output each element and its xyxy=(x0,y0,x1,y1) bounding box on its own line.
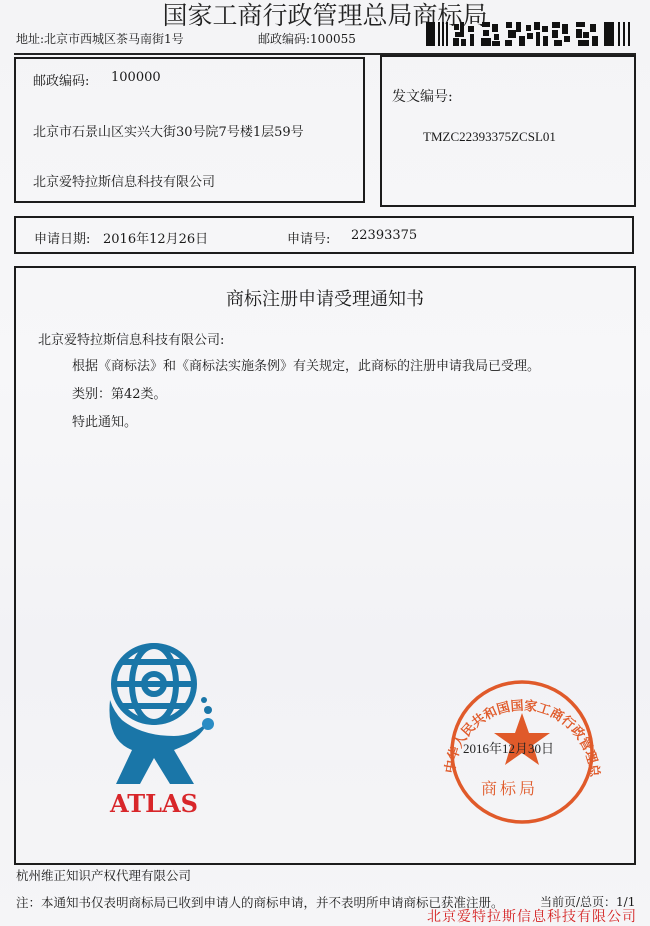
application-date-label: 申请日期: xyxy=(34,228,90,247)
recipient-postcode-label: 邮政编码: xyxy=(33,70,89,89)
notice-category: 类别：第42类。 xyxy=(72,383,167,402)
notice-title: 商标注册申请受理通知书 xyxy=(14,285,636,311)
trademark-logo: ATLAS xyxy=(92,640,232,820)
document-number: TMZC22393375ZCSL01 xyxy=(423,129,556,145)
application-number-label: 申请号: xyxy=(287,228,330,247)
application-number: 22393375 xyxy=(351,228,417,243)
notice-paragraph: 根据《商标法》和《商标法实施条例》有关规定，此商标的注册申请我局已受理。 xyxy=(72,355,540,374)
agent-name: 杭州维正知识产权代理有限公司 xyxy=(16,866,191,884)
recipient-address: 北京市石景山区实兴大街30号院7号楼1层59号 xyxy=(33,121,304,140)
seal-center-text: 商标局 xyxy=(481,776,538,799)
issuer-postcode: 邮政编码:100055 xyxy=(258,30,356,47)
barcode-icon xyxy=(426,22,638,46)
document-number-label: 发文编号: xyxy=(392,86,453,106)
application-date: 2016年12月26日 xyxy=(103,228,208,247)
seal-date: 2016年12月30日 xyxy=(463,738,554,757)
issuer-address: 地址:北京市西城区茶马南街1号 xyxy=(16,30,184,47)
recipient-postcode: 100000 xyxy=(111,70,161,85)
notice-addressee: 北京爱特拉斯信息科技有限公司: xyxy=(38,329,224,348)
notice-closing: 特此通知。 xyxy=(72,411,137,430)
trademark-text: ATLAS xyxy=(109,789,198,818)
recipient-company: 北京爱特拉斯信息科技有限公司 xyxy=(33,171,215,190)
watermark-company: 北京爱特拉斯信息科技有限公司 xyxy=(427,906,637,926)
